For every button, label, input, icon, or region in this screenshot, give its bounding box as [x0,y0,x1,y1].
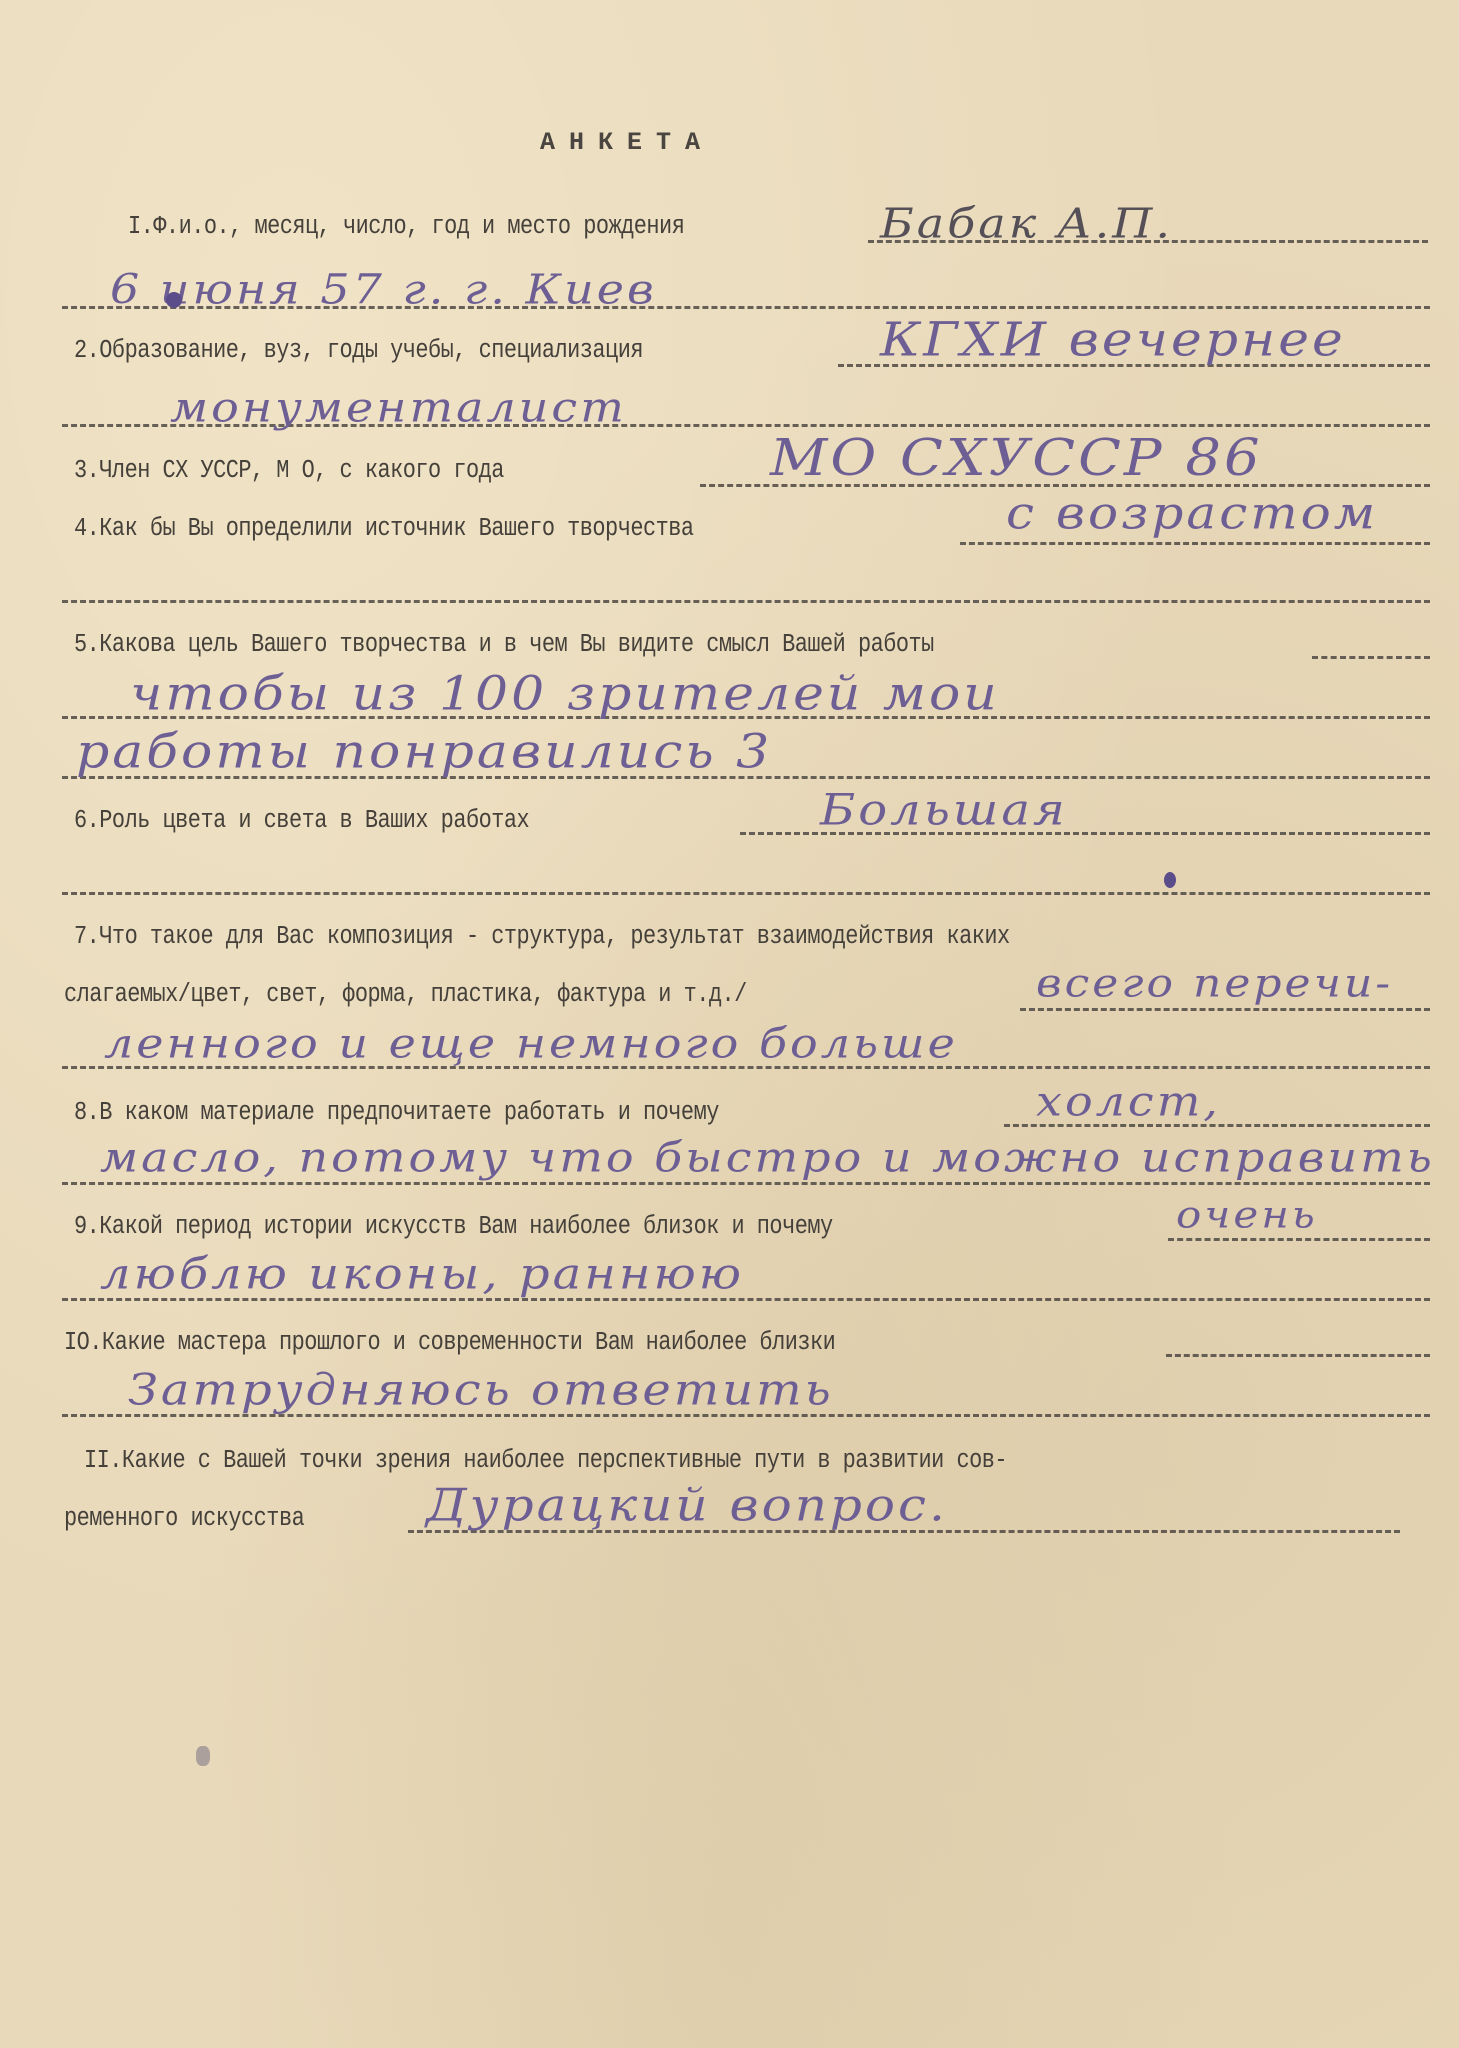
question-number: 8. [74,1098,99,1127]
question-number: 5. [74,630,99,659]
question-text: Ф.и.о., месяц, число, год и место рожден… [153,212,684,241]
question-text: Какие мастера прошлого и современности В… [102,1328,835,1357]
document-title: АНКЕТА [540,128,714,157]
answer-text: люблю иконы, раннюю [100,1249,744,1299]
answer-text: Бабак А.П. [880,199,1173,248]
answer-line [1166,1354,1430,1357]
question-text: В каком материале предпочитаете работать… [99,1098,719,1127]
question-4: 4.Как бы Вы определили источник Вашего т… [74,514,694,543]
question-number: 2. [74,336,99,365]
answer-line [62,1182,1430,1185]
question-text: Как бы Вы определили источник Вашего тво… [99,514,693,543]
answer-text: 6 июня 57 г. г. Киев [110,265,657,314]
answer-line [1312,656,1430,659]
question-text: Член СХ УССР, М О, с какого года [99,456,504,485]
answer-text: масло, потому что быстро и можно исправи… [100,1133,1435,1182]
question-8: 8.В каком материале предпочитаете работа… [74,1098,719,1127]
footer-mark [196,1746,210,1766]
answer-text: очень [1176,1192,1318,1236]
answer-text: с возрастом [1006,487,1378,539]
answer-text: Большая [820,785,1068,835]
question-number: 6. [74,806,99,835]
answer-text: КГХИ вечернее [880,313,1346,367]
question-1: I.Ф.и.о., месяц, число, год и место рожд… [128,212,684,241]
answer-text: всего перечи- [1036,961,1393,1007]
question-text: Образование, вуз, годы учебы, специализа… [99,336,643,365]
question-number: 9. [74,1212,99,1241]
answer-text: холст, [1036,1077,1221,1126]
question-5: 5.Какова цель Вашего творчества и в чем … [74,630,934,659]
question-text: Роль цвета и света в Ваших работах [99,806,529,835]
question-text: Что такое для Вас композиция - структура… [99,922,1009,951]
questionnaire-page: АНКЕТА I.Ф.и.о., месяц, число, год и мес… [0,0,1459,2048]
question-9: 9.Какой период истории искусств Вам наиб… [74,1212,833,1241]
question-number: IO. [64,1328,102,1357]
answer-text: МО СХУССР 86 [770,429,1263,488]
answer-text: чтобы из 100 зрителей мои [130,667,1000,721]
answer-text: Затрудняюсь ответить [128,1365,834,1415]
question-number: 3. [74,456,99,485]
answer-text: ленного и еще немного больше [104,1019,958,1068]
answer-line [1020,1008,1430,1011]
question-text: Какие с Вашей точки зрения наиболее перс… [122,1446,1007,1475]
question-11: II.Какие с Вашей точки зрения наиболее п… [84,1446,1007,1475]
question-number: 4. [74,514,99,543]
answer-line [1168,1238,1430,1241]
ink-blot [1164,872,1176,888]
answer-line [62,600,1430,603]
question-text: Какой период истории искусств Вам наибол… [99,1212,832,1241]
question-number: 7. [74,922,99,951]
question-6: 6.Роль цвета и света в Ваших работах [74,806,529,835]
question-7: 7.Что такое для Вас композиция - структу… [74,922,1010,951]
question-text: Какова цель Вашего творчества и в чем Вы… [99,630,934,659]
question-11-continued: ременного искусства [64,1504,304,1533]
answer-text: работы понравились 3 [76,725,772,779]
question-text: слагаемых/цвет, свет, форма, пластика, ф… [64,980,747,1009]
question-3: 3.Член СХ УССР, М О, с какого года [74,456,504,485]
question-number: I. [128,212,153,241]
question-number: II. [84,1446,122,1475]
answer-text: монументалист [170,383,627,432]
answer-text: Дурацкий вопрос. [426,1479,948,1531]
answer-line [62,892,1430,895]
question-text: ременного искусства [64,1504,304,1533]
answer-line [960,542,1430,545]
question-7-continued: слагаемых/цвет, свет, форма, пластика, ф… [64,980,747,1009]
question-10: IO.Какие мастера прошлого и современност… [64,1328,835,1357]
ink-blot [166,292,182,308]
question-2: 2.Образование, вуз, годы учебы, специали… [74,336,643,365]
